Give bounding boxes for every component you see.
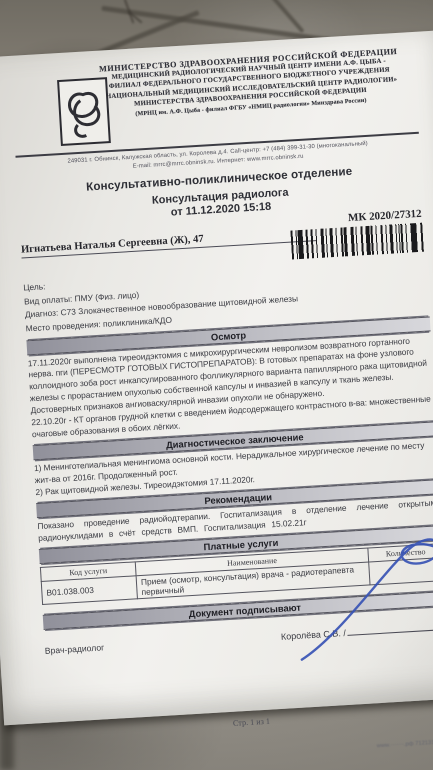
medical-document-page: МИНИСТЕРСТВО ЗДРАВООХРАНЕНИЯ РОССИЙСКОЙ … [0,31,433,726]
patient-name: Игнатьева Наталья Сергеевна (Ж), 47 [21,227,316,258]
signer-name: Королёва С.В. // [281,621,433,642]
service-quantity-cell: 1 [369,557,433,584]
clinic-logo-icon [57,77,111,146]
medcard-number: МК 2020/27312 [348,208,422,224]
signer-role: Врач-радиолог [45,642,105,656]
signature-line [347,621,433,636]
service-code-cell: B01.038.003 [41,575,137,604]
